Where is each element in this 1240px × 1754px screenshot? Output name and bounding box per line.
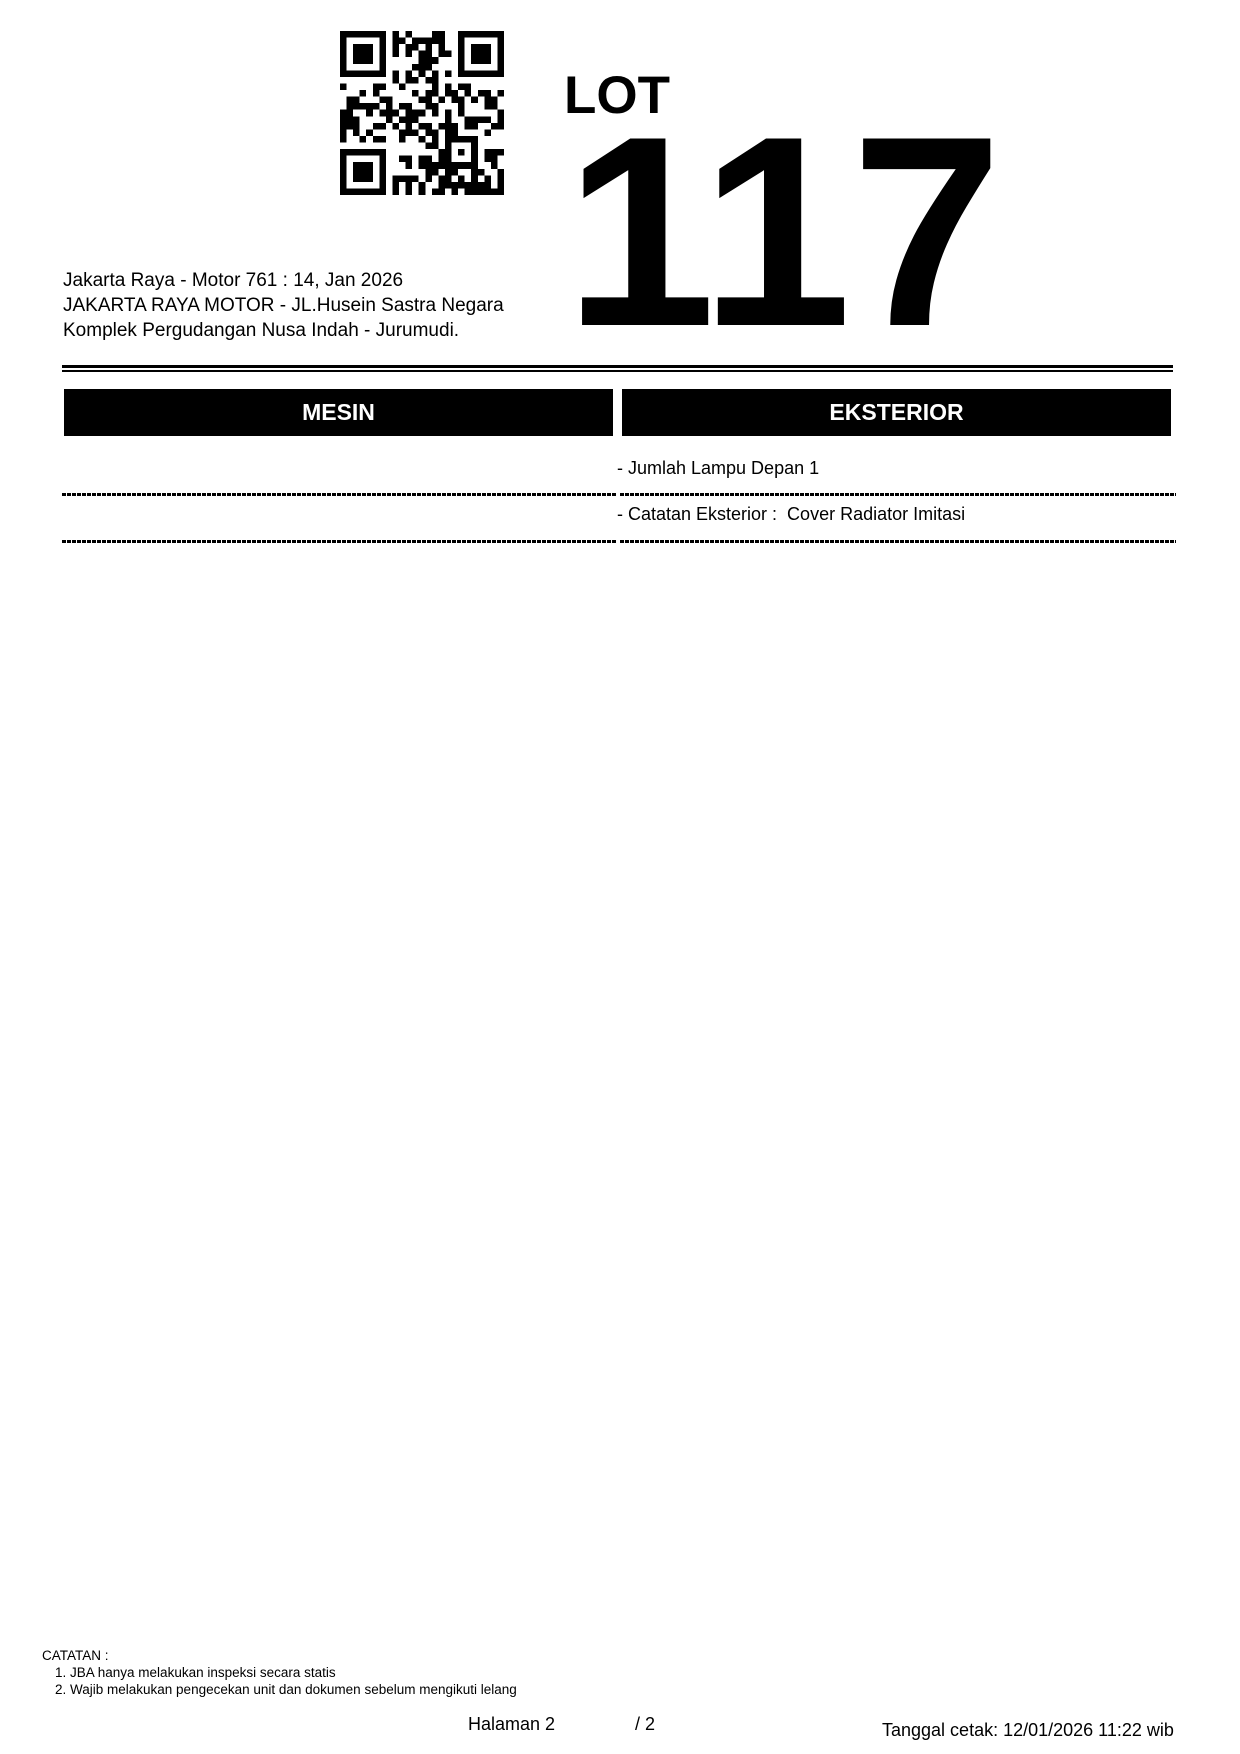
row-divider <box>62 493 616 496</box>
row-divider <box>620 540 1176 543</box>
page-total: / 2 <box>635 1714 655 1734</box>
address-line: Komplek Pergudangan Nusa Indah - Jurumud… <box>63 318 504 343</box>
section-title: EKSTERIOR <box>829 399 963 426</box>
row-divider <box>62 540 616 543</box>
section-header-eksterior: EKSTERIOR <box>622 389 1171 436</box>
notes-title: CATATAN : <box>42 1647 517 1664</box>
address-line: JAKARTA RAYA MOTOR - JL.Husein Sastra Ne… <box>63 293 504 318</box>
section-header-mesin: MESIN <box>64 389 613 436</box>
row-divider <box>620 493 1176 496</box>
note-item: 1. JBA hanya melakukan inspeksi secara s… <box>42 1664 517 1681</box>
address-line: Jakarta Raya - Motor 761 : 14, Jan 2026 <box>63 268 504 293</box>
header-divider <box>62 370 1173 372</box>
print-date: Tanggal cetak: 12/01/2026 11:22 wib <box>882 1720 1174 1740</box>
qr-code <box>340 31 504 195</box>
eksterior-row: - Catatan Eksterior : Cover Radiator Imi… <box>617 503 965 525</box>
auction-address: Jakarta Raya - Motor 761 : 14, Jan 2026 … <box>63 268 504 343</box>
eksterior-row: - Jumlah Lampu Depan 1 <box>617 457 819 479</box>
header-divider <box>62 365 1173 368</box>
page-number: Halaman 2 <box>468 1714 555 1734</box>
note-item: 2. Wajib melakukan pengecekan unit dan d… <box>42 1681 517 1698</box>
section-title: MESIN <box>302 399 375 426</box>
notes: CATATAN : 1. JBA hanya melakukan inspeks… <box>42 1647 517 1698</box>
lot-number: 117 <box>565 82 1002 382</box>
